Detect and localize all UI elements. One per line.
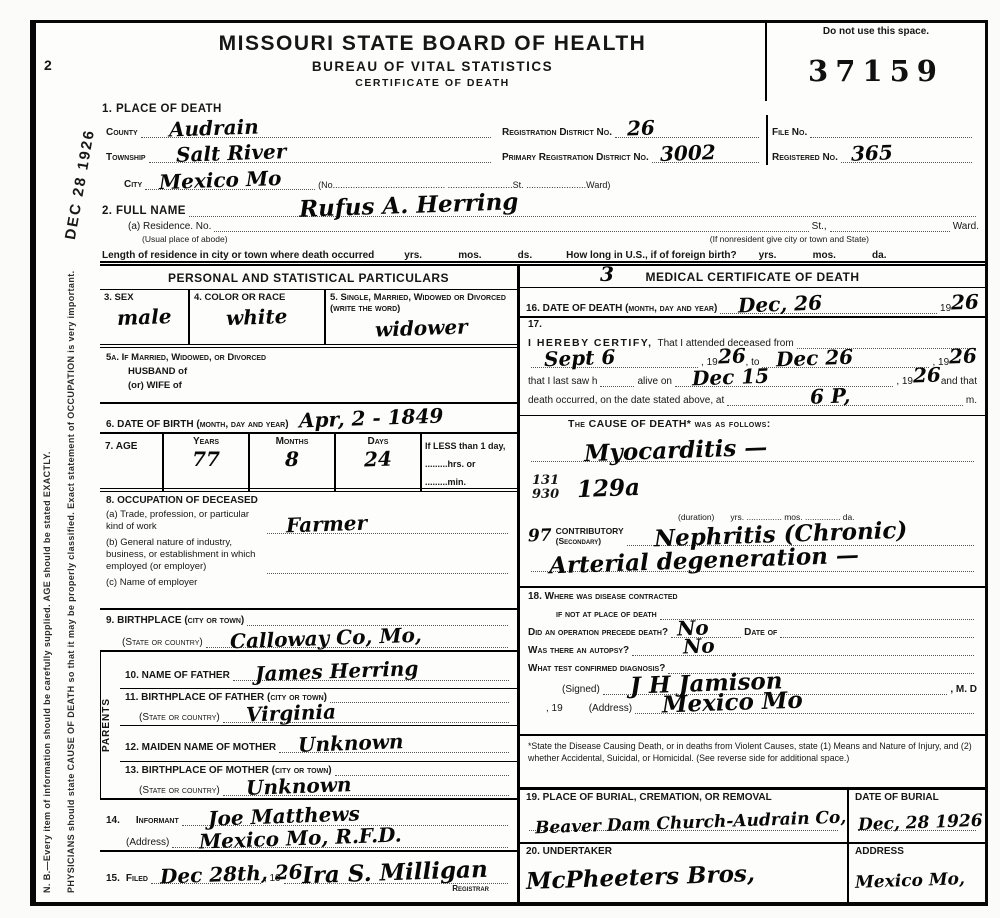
- color-race-label: 4. COLOR OR RACE: [194, 292, 320, 303]
- primary-registration-value: 3002: [660, 140, 716, 166]
- medical-header-number: 3: [600, 262, 614, 286]
- last-saw-label: that I last saw h: [528, 376, 597, 387]
- contributory-value-2: Arterial degeneration —: [548, 542, 859, 580]
- less-than-day-label: If LESS than 1 day, .........hrs. or ...…: [425, 441, 505, 487]
- dotted-rule: [330, 690, 509, 703]
- burial-place-label: 19. PLACE OF BURIAL, CREMATION, OR REMOV…: [526, 792, 841, 803]
- wife-of-label: (or) WIFE of: [106, 379, 511, 393]
- burial-place-value: Beaver Dam Church-Audrain Co,: [535, 808, 847, 839]
- form-area: MISSOURI STATE BOARD OF HEALTH BUREAU OF…: [100, 23, 985, 902]
- filed-number: 15.: [106, 873, 120, 884]
- ward-label: Ward.: [953, 221, 979, 232]
- footnote: *State the Disease Causing Death, or in …: [520, 734, 985, 790]
- dotted-rule: James Herring: [233, 668, 509, 681]
- autopsy-value: No: [683, 633, 715, 658]
- date-of-death-value: Dec, 26: [737, 291, 822, 318]
- dotted-rule: Farmer: [267, 521, 508, 534]
- informant-number: 14.: [106, 815, 120, 826]
- cause-label: The CAUSE OF DEATH* was as follows:: [528, 418, 977, 430]
- cause-code-bottom: 930: [532, 488, 559, 502]
- dotted-rule: Myocarditis —: [531, 449, 974, 462]
- informant-block: 14. Informant Joe Matthews (Address) Mex…: [100, 800, 517, 852]
- attended-to-value: Dec 26: [775, 345, 853, 372]
- months-value: 8: [285, 447, 299, 471]
- trade-value: Farmer: [286, 510, 368, 537]
- parents-rotated-label: PARENTS: [100, 652, 120, 798]
- dotted-rule: [214, 219, 808, 232]
- left-margin: N. B.—Every item of information should b…: [36, 23, 100, 902]
- birthplace-value: Calloway Co, Mo,: [230, 623, 423, 654]
- date-of-death-label: 16. DATE OF DEATH (month, day and year): [526, 303, 717, 314]
- cause-code-top: 131: [532, 474, 559, 488]
- contributory-label-text: CONTRIBUTORY: [556, 526, 624, 536]
- burial-date-cell: DATE OF BURIAL Dec, 28 1926: [849, 790, 985, 844]
- undertaker-address-cell: ADDRESS Mexico Mo,: [849, 844, 985, 902]
- spouse-row: 5a. If Married, Widowed, or Divorced HUS…: [100, 348, 517, 404]
- undertaker-address-label: ADDRESS: [855, 846, 979, 857]
- county-label: County: [106, 127, 138, 138]
- dotted-rule: Dec 28th, 26: [151, 871, 261, 884]
- mother-name-value: Unknown: [297, 729, 403, 757]
- city-label: City: [106, 179, 142, 190]
- primary-registration-label: Primary Registration District No.: [502, 152, 649, 163]
- signature-year-prefix: , 19: [528, 703, 563, 714]
- margin-note-1: N. B.—Every item of information should b…: [42, 33, 52, 893]
- header: MISSOURI STATE BOARD OF HEALTH BUREAU OF…: [100, 23, 985, 101]
- registered-no-label: Registered No.: [772, 152, 838, 163]
- burial-block: 19. PLACE OF BURIAL, CREMATION, OR REMOV…: [520, 790, 985, 902]
- years-label: Years: [164, 436, 248, 447]
- dotted-rule: No: [632, 643, 974, 656]
- dotted-rule: Dec, 26: [720, 301, 937, 314]
- contributory-code: 97: [528, 526, 552, 547]
- employer-label: (c) Name of employer: [106, 577, 264, 589]
- dotted-rule: Mexico Mo: [145, 177, 315, 190]
- section-place-of-death: 1. PLACE OF DEATH County Audrain Registr…: [100, 101, 985, 190]
- sex-value: male: [116, 304, 171, 330]
- dotted-rule: [780, 625, 974, 638]
- if-not-label: if not at place of death: [528, 609, 657, 620]
- length-units: yrs. mos. ds.: [404, 250, 532, 261]
- dotted-rule: [600, 374, 634, 387]
- dotted-rule: Mexico Mo: [635, 701, 974, 714]
- filed-label: Filed: [120, 873, 148, 884]
- dotted-rule: [335, 763, 509, 776]
- section-full-name: 2. FULL NAME Rufus A. Herring (a) Reside…: [100, 190, 985, 261]
- dotted-rule: Audrain: [141, 125, 491, 138]
- trade-label: (a) Trade, profession, or particular kin…: [106, 509, 264, 534]
- mother-name-label: 12. MAIDEN NAME OF MOTHER: [125, 742, 276, 753]
- father-birthplace-row: 11. BIRTHPLACE OF FATHER (city or town) …: [120, 689, 517, 726]
- city-street-ward-labels: (No.....................................…: [318, 180, 610, 190]
- abode-note: (Usual place of abode): [102, 234, 228, 244]
- dotted-rule: Salt River: [149, 150, 491, 163]
- dotted-rule: Calloway Co, Mo,: [206, 635, 508, 648]
- occupation-block: 8. OCCUPATION OF DECEASED (a) Trade, pro…: [100, 492, 517, 610]
- filed-date-value: Dec 28th, 26: [159, 860, 302, 889]
- years-value: 77: [192, 447, 220, 471]
- dob-value: Apr, 2 - 1849: [298, 403, 443, 432]
- place-of-death-label: 1. PLACE OF DEATH: [102, 103, 979, 115]
- md-label: , M. D: [950, 684, 977, 695]
- personal-header: PERSONAL AND STATISTICAL PARTICULARS: [100, 266, 517, 290]
- dotted-rule: Dec, 28 1926: [858, 818, 976, 831]
- marital-status-value: widower: [375, 314, 468, 341]
- birthplace-block: 9. BIRTHPLACE (city or town) (State or c…: [100, 610, 517, 652]
- days-value: 24: [364, 447, 393, 472]
- sex-color-marital-row: 3. SEX male 4. COLOR OR RACE white 5. Si…: [100, 290, 517, 348]
- header-subtitle: BUREAU OF VITAL STATISTICS: [100, 59, 765, 74]
- death-time-value: 6 P,: [809, 383, 850, 408]
- alive-on-label: alive on: [637, 376, 671, 387]
- cause-code-big: 129a: [577, 473, 641, 502]
- medical-column: 3 MEDICAL CERTIFICATE OF DEATH 16. DATE …: [517, 266, 985, 902]
- residence-label: (a) Residence. No.: [128, 221, 211, 232]
- husband-of-label: HUSBAND of: [106, 365, 511, 379]
- dotted-rule: Dec 26: [762, 355, 929, 368]
- parents-block: PARENTS 10. NAME OF FATHER James Herring: [100, 652, 517, 800]
- occupation-label: 8. OCCUPATION OF DECEASED: [106, 495, 511, 506]
- dotted-rule: Rufus A. Herring: [189, 204, 976, 217]
- dod-year-prefix: 19: [940, 303, 951, 314]
- physician-address-value: Mexico Mo: [662, 687, 804, 719]
- days-label: Days: [336, 436, 420, 447]
- date-of-birth-row: 6. DATE OF BIRTH (month, day and year) A…: [100, 404, 517, 434]
- attended-from-value: Sept 6: [544, 345, 616, 371]
- burial-date-value: Dec, 28 1926: [858, 811, 983, 835]
- file-no-label: File No.: [772, 127, 807, 138]
- marital-status-label: 5. Single, Married, Widowed or Divorced …: [330, 292, 513, 314]
- certificate-number-box: Do not use this space. 37159: [765, 23, 985, 101]
- birthplace-state-label: (State or country): [106, 637, 203, 648]
- dotted-rule: Dec 15: [675, 374, 893, 387]
- physician-address-label: (Address): [563, 703, 632, 714]
- page-number-mark: 2: [44, 57, 52, 73]
- mother-birthplace-row: 13. BIRTHPLACE OF MOTHER (city or town) …: [120, 762, 517, 798]
- death-certificate-scan: N. B.—Every item of information should b…: [0, 0, 1000, 918]
- full-name-label: 2. FULL NAME: [102, 205, 186, 217]
- registration-district-value: 26: [626, 116, 655, 141]
- dotted-rule: Ira S. Milligan: [284, 871, 508, 884]
- undertaker-address-value: Mexico Mo,: [855, 869, 966, 893]
- informant-label: Informant: [120, 815, 179, 826]
- age-row: 7. AGE Years 77 Months 8 Days 24: [100, 434, 517, 492]
- cause-of-death-block: The CAUSE OF DEATH* was as follows: Myoc…: [520, 416, 985, 588]
- date-of-death-row: 16. DATE OF DEATH (month, day and year) …: [520, 288, 985, 318]
- attended-to-year: 26: [949, 344, 978, 369]
- dotted-rule: [830, 219, 950, 232]
- filed-block: 15. Filed Dec 28th, 26 , 19 Ira S. Milli…: [100, 852, 517, 902]
- dotted-rule: 26: [615, 125, 759, 138]
- father-name-value: James Herring: [255, 656, 419, 686]
- undertaker-value: McPheeters Bros,: [526, 860, 756, 895]
- columns: PERSONAL AND STATISTICAL PARTICULARS 3. …: [100, 261, 985, 902]
- street-label: St.,: [812, 221, 827, 232]
- dotted-rule: Virginia: [223, 710, 509, 723]
- medical-header-title: MEDICAL CERTIFICATE OF DEATH: [646, 270, 860, 284]
- city-value: Mexico Mo: [158, 166, 281, 194]
- registered-no-value: 365: [851, 140, 894, 165]
- informant-address-label: (Address): [106, 837, 169, 848]
- dotted-rule: Beaver Dam Church-Audrain Co,: [529, 818, 838, 831]
- where-contracted-label: 18. Where was disease contracted: [528, 591, 977, 602]
- age-label: 7. AGE: [105, 441, 137, 452]
- dob-label: 6. DATE OF BIRTH (month, day and year): [106, 419, 289, 430]
- dotted-rule: Mexico Mo, R.F.D.: [172, 835, 508, 848]
- certificate-frame: N. B.—Every item of information should b…: [30, 20, 988, 906]
- mother-name-row: 12. MAIDEN NAME OF MOTHER Unknown: [120, 726, 517, 763]
- medical-header: 3 MEDICAL CERTIFICATE OF DEATH: [520, 266, 985, 288]
- dotted-rule: 3002: [652, 150, 759, 163]
- disease-contracted-block: 18. Where was disease contracted if not …: [520, 588, 985, 734]
- cause-value: Myocarditis —: [584, 434, 768, 467]
- cause-code-fraction: 131 930: [532, 474, 559, 503]
- dotted-rule: Unknown: [279, 740, 509, 753]
- do-not-use-label: Do not use this space.: [767, 26, 985, 37]
- dotted-rule: Arterial degeneration —: [531, 559, 974, 572]
- m-label: m.: [966, 395, 977, 406]
- father-birthplace-state-label: (State or country): [125, 712, 220, 723]
- certify-number: 17.: [528, 319, 977, 330]
- dotted-rule: Sept 6: [531, 355, 698, 368]
- saw-year-prefix: , 19: [896, 376, 913, 387]
- length-residence-label: Length of residence in city or town wher…: [102, 250, 374, 261]
- contributory-label: CONTRIBUTORY (Secondary): [556, 526, 624, 546]
- signed-label: (Signed): [528, 684, 600, 695]
- township-label: Township: [106, 152, 146, 163]
- death-occurred-label: death occurred, on the date stated above…: [528, 395, 724, 406]
- certificate-number: 37159: [767, 54, 985, 88]
- personal-column: PERSONAL AND STATISTICAL PARTICULARS 3. …: [100, 266, 517, 902]
- operation-label: Did an operation precede death?: [528, 627, 668, 638]
- undertaker-label: 20. UNDERTAKER: [526, 846, 841, 857]
- undertaker-cell: 20. UNDERTAKER McPheeters Bros,: [520, 844, 849, 902]
- sex-label: 3. SEX: [104, 292, 184, 303]
- father-name-row: 10. NAME OF FATHER James Herring: [120, 652, 517, 689]
- date-of-label: Date of: [744, 627, 777, 638]
- mother-birthplace-value: Unknown: [245, 772, 351, 800]
- duration-label: (duration): [678, 512, 714, 522]
- last-seen-year: 26: [913, 363, 942, 388]
- last-seen-value: Dec 15: [692, 364, 770, 391]
- us-units: yrs. mos. da.: [759, 250, 887, 261]
- birthplace-label: 9. BIRTHPLACE (city or town): [106, 615, 244, 626]
- father-birthplace-value: Virginia: [245, 699, 336, 726]
- registration-district-label: Registration District No.: [502, 127, 612, 138]
- burial-date-label: DATE OF BURIAL: [855, 792, 979, 803]
- color-race-value: white: [226, 304, 288, 330]
- dotted-rule: [810, 125, 972, 138]
- months-label: Months: [250, 436, 334, 447]
- spouse-label: 5a. If Married, Widowed, or Divorced: [106, 351, 511, 365]
- certificate-of-death-label: CERTIFICATE OF DEATH: [100, 77, 765, 89]
- us-length-label: How long in U.S., if of foreign birth?: [566, 250, 737, 261]
- dotted-rule: [267, 561, 508, 574]
- dotted-rule: 6 P,: [727, 393, 963, 406]
- secondary-label: (Secondary): [556, 536, 601, 546]
- burial-place-cell: 19. PLACE OF BURIAL, CREMATION, OR REMOV…: [520, 790, 849, 844]
- township-value: Salt River: [176, 139, 287, 167]
- autopsy-label: Was there an autopsy?: [528, 645, 629, 656]
- page-title: MISSOURI STATE BOARD OF HEALTH: [100, 32, 765, 56]
- nonresident-note: (If nonresident give city or town and St…: [710, 234, 979, 244]
- county-value: Audrain: [168, 114, 258, 141]
- mother-birthplace-state-label: (State or country): [125, 785, 220, 796]
- dod-year-value: 26: [951, 290, 980, 315]
- father-name-label: 10. NAME OF FATHER: [125, 670, 230, 681]
- and-that-label: and that: [941, 376, 977, 387]
- dotted-rule: 365: [841, 150, 972, 163]
- certify-block: 17. I HEREBY CERTIFY, That I attended de…: [520, 318, 985, 416]
- dotted-rule: Unknown: [223, 783, 509, 796]
- industry-label: (b) General nature of industry, business…: [106, 537, 264, 574]
